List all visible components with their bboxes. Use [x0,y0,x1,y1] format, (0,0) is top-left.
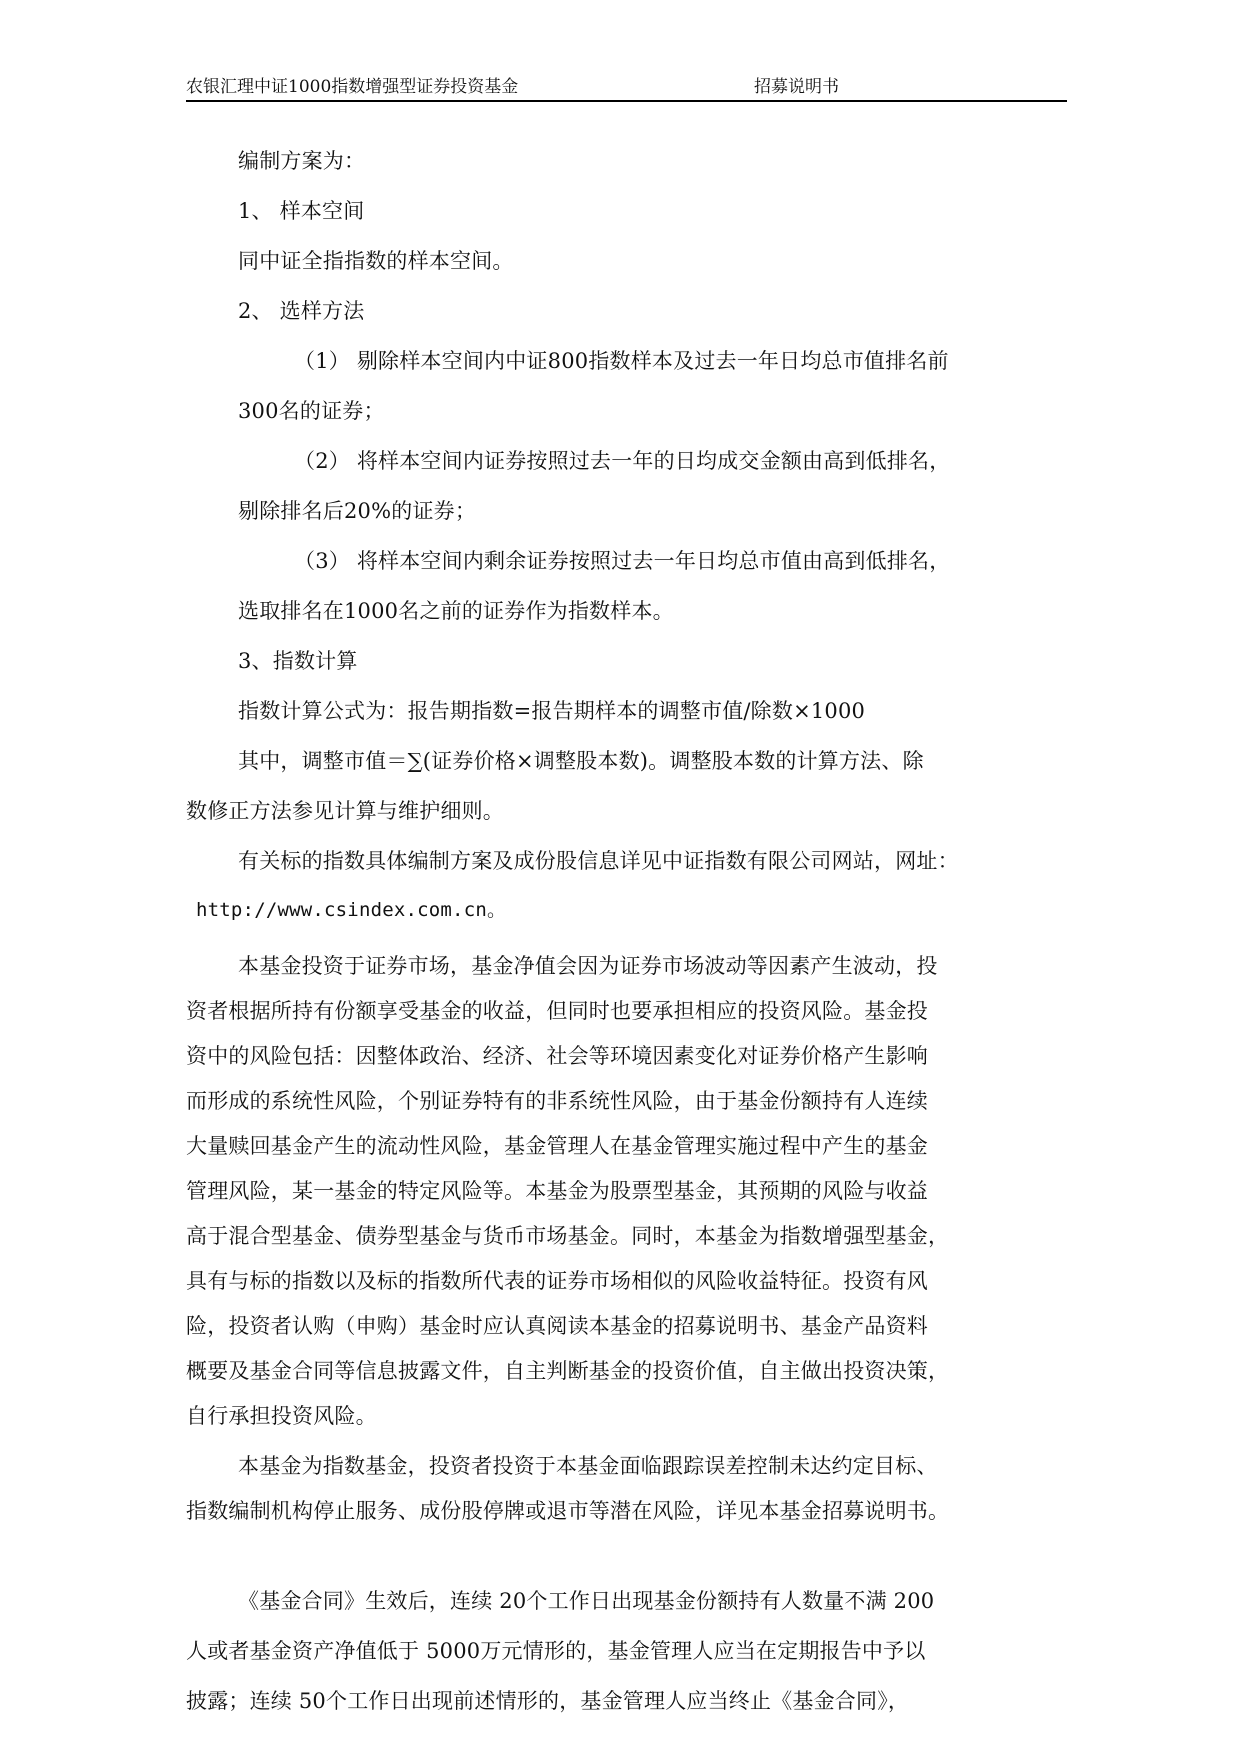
text-line: 3、指数计算 [238,645,358,675]
text-line: 指数计算公式为：报告期指数=报告期样本的调整市值/除数×1000 [238,695,865,725]
header-divider [186,100,1067,102]
website-link: http://www.csindex.com.cn。 [196,895,506,922]
text-line: 300名的证券； [238,395,385,425]
text-line: 概要及基金合同等信息披露文件，自主判断基金的投资价值，自主做出投资决策， [186,1355,949,1385]
text-line: 其中，调整市值＝∑(证券价格×调整股本数)。调整股本数的计算方法、除 [238,745,924,775]
page-header: 农银汇理中证1000指数增强型证券投资基金 招募说明书 [186,72,1062,102]
text-line: 数修正方法参见计算与维护细则。 [186,795,504,825]
text-line: 高于混合型基金、债券型基金与货币市场基金。同时，本基金为指数增强型基金， [186,1220,949,1250]
text-line: 自行承担投资风险。 [186,1400,377,1430]
header-doc-type: 招募说明书 [754,72,839,97]
text-line: 《基金合同》生效后，连续 20个工作日出现基金份额持有人数量不满 200 [238,1585,934,1615]
text-line: 资者根据所持有份额享受基金的收益，但同时也要承担相应的投资风险。基金投 [186,995,928,1025]
text-line: 而形成的系统性风险，个别证券特有的非系统性风险，由于基金份额持有人连续 [186,1085,928,1115]
text-line: （1） 剔除样本空间内中证800指数样本及过去一年日均总市值排名前 [294,345,949,375]
text-line: 本基金投资于证券市场，基金净值会因为证券市场波动等因素产生波动，投 [238,950,938,980]
text-line: 具有与标的指数以及标的指数所代表的证券市场相似的风险收益特征。投资有风 [186,1265,928,1295]
text-line: 管理风险，某一基金的特定风险等。本基金为股票型基金，其预期的风险与收益 [186,1175,928,1205]
text-line: 编制方案为： [238,145,365,175]
text-line: 1、 样本空间 [238,195,364,225]
text-line: 剔除排名后20%的证券； [238,495,476,525]
text-line: 选取排名在1000名之前的证券作为指数样本。 [238,595,674,625]
text-line: 险，投资者认购（申购）基金时应认真阅读本基金的招募说明书、基金产品资料 [186,1310,928,1340]
text-line: 本基金为指数基金，投资者投资于本基金面临跟踪误差控制未达约定目标、 [238,1450,938,1480]
text-line: 披露；连续 50个工作日出现前述情形的，基金管理人应当终止《基金合同》， [186,1685,909,1715]
text-line: （3） 将样本空间内剩余证券按照过去一年日均总市值由高到低排名， [294,545,950,575]
text-line: 大量赎回基金产生的流动性风险，基金管理人在基金管理实施过程中产生的基金 [186,1130,928,1160]
text-line: 2、 选样方法 [238,295,364,325]
header-fund-name: 农银汇理中证1000指数增强型证券投资基金 [186,72,518,97]
text-line: 同中证全指指数的样本空间。 [238,245,514,275]
text-line: 指数编制机构停止服务、成份股停牌或退市等潜在风险，详见本基金招募说明书。 [186,1495,949,1525]
text-line: 有关标的指数具体编制方案及成份股信息详见中证指数有限公司网站，网址： [238,845,959,875]
text-line: 人或者基金资产净值低于 5000万元情形的，基金管理人应当在定期报告中予以 [186,1635,926,1665]
text-line: 资中的风险包括：因整体政治、经济、社会等环境因素变化对证券价格产生影响 [186,1040,928,1070]
text-line: （2） 将样本空间内证券按照过去一年的日均成交金额由高到低排名， [294,445,950,475]
